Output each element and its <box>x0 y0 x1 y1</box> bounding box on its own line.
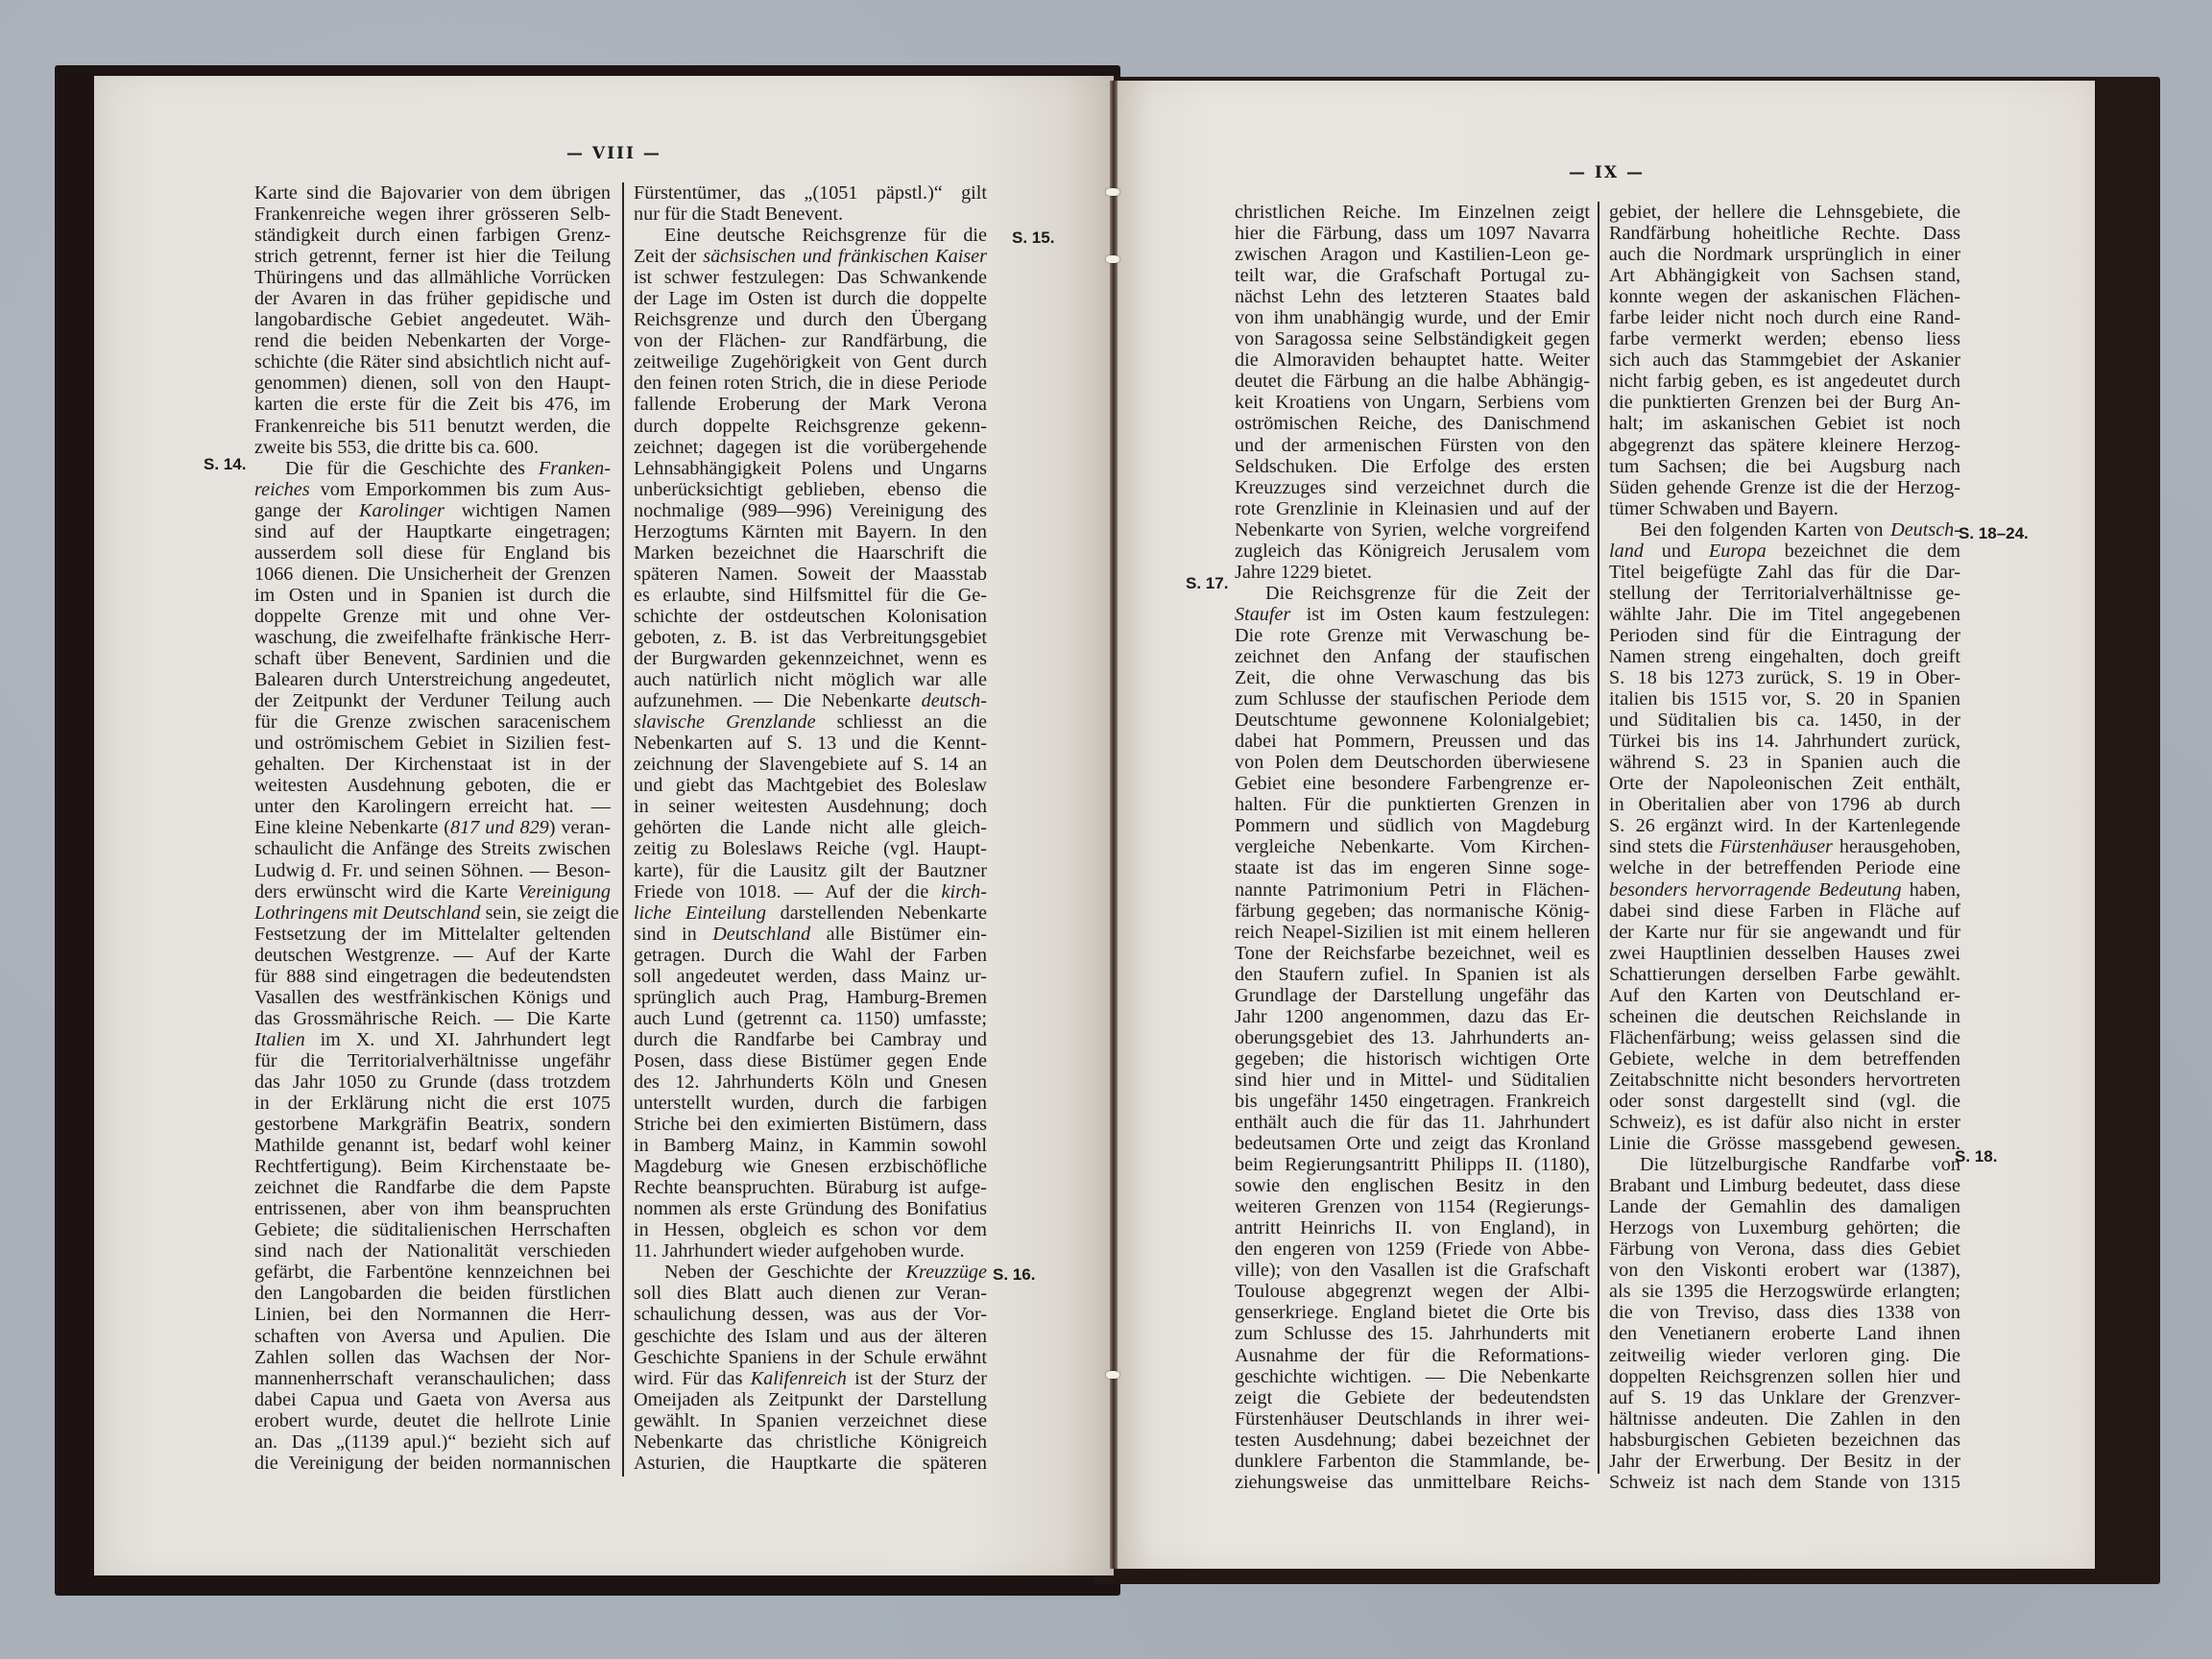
text-line: den feinen roten Strich, die in diese Pe… <box>634 373 987 394</box>
text-line: Reichsgrenze und durch den Übergang <box>634 309 987 330</box>
italic-term: Fürstenhäuser <box>1719 836 1833 857</box>
right-page-column-2: gebiet, der hellere die Lehnsgebiete, di… <box>1609 202 1960 1493</box>
section-marker: S. 18–24. <box>1959 524 2029 543</box>
text-line: für die Grenze zwischen saracenischem <box>254 711 611 733</box>
text-line: Tone der Reichsfarbe bezeichnet, weil es <box>1235 943 1590 964</box>
text-line: hältnisse andeuten. Die Zahlen in den <box>1609 1408 1960 1430</box>
text-line: auch die Nordmark ursprünglich in einer <box>1609 244 1960 265</box>
text-line: sind nach der Nationalität verschieden <box>254 1240 611 1262</box>
section-marker: S. 14. <box>204 455 246 474</box>
text-line: schichte der ostdeutschen Kolonisation <box>634 606 987 627</box>
text-line: deutschen Westgrenze. — Auf der Karte <box>254 945 611 966</box>
text-line: Schattierungen derselben Farbe gewählt. <box>1609 964 1960 985</box>
text-line: besonders hervorragende Bedeutung haben, <box>1609 879 1960 901</box>
text-line: Vasallen des westfränkischen Königs und <box>254 987 611 1008</box>
text-line: Die lützelburgische Randfarbe von <box>1609 1154 1960 1175</box>
text-line: halten. Für die punktierten Grenzen in <box>1235 794 1590 815</box>
text-line: es erlaubte, sind Hilfsmittel für die Ge… <box>634 585 987 606</box>
text-line: teilt war, die Grafschaft Portugal zu- <box>1235 265 1590 286</box>
text-line: Zeitabschnitte nicht besonders hervortre… <box>1609 1070 1960 1091</box>
text-line: tümer Schwaben und Bayern. <box>1609 498 1960 519</box>
text-line: doppelten Reichsgrenzen sollen hier und <box>1609 1366 1960 1387</box>
text-line: keit Kroatiens von Ungarn, Serbiens vom <box>1235 392 1590 413</box>
text-line: rote Grenzlinie in Kleinasien und auf de… <box>1235 498 1590 519</box>
italic-term: liche Einteilung <box>634 902 766 924</box>
text-line: Thüringens und das allmähliche Vorrücken <box>254 267 611 288</box>
text-line: gestorbene Markgräfin Beatrix, sondern <box>254 1114 611 1135</box>
text-line: Friede von 1018. — Auf der die kirch- <box>634 881 987 902</box>
text-line: Balearen durch Unterstreichung angedeute… <box>254 669 611 690</box>
text-line: zwischen Aragon und Kastilien-Leon ge- <box>1235 244 1590 265</box>
text-line: unter den Karolingern erreicht hat. — <box>254 796 611 817</box>
text-line: färbung gegeben; das normanische König- <box>1235 901 1590 922</box>
text-line: Bei den folgenden Karten von Deutsch- <box>1609 519 1960 541</box>
text-line: nur für die Stadt Benevent. <box>634 204 987 225</box>
text-line: Neben der Geschichte der Kreuzzüge <box>634 1262 987 1283</box>
italic-term: Kalifenreich <box>751 1368 847 1389</box>
text-line: Omeijaden als Zeitpunkt der Darstellung <box>634 1389 987 1410</box>
text-line: fallende Eroberung der Mark Verona <box>634 394 987 415</box>
text-line: Fürstenhäuser Deutschlands in ihrer wei- <box>1235 1408 1590 1430</box>
text-line: soll angedeutet werden, dass Mainz ur- <box>634 966 987 987</box>
text-line: schichte (die Räter sind absichtlich nic… <box>254 351 611 373</box>
text-line: von den Viskonti erobert war (1387), <box>1609 1260 1960 1281</box>
italic-term: Staufer <box>1235 604 1290 625</box>
italic-term: Deutsch- <box>1890 519 1960 541</box>
text-line: soll dies Blatt auch dienen zur Veran- <box>634 1283 987 1304</box>
column-rule-right <box>1598 202 1599 1474</box>
text-line: Namen streng eingehalten, doch greift <box>1609 646 1960 667</box>
text-line: Orte der Napoleonischen Zeit enthält, <box>1609 773 1960 794</box>
italic-term: Franken- <box>539 458 611 479</box>
italic-term: deutsch- <box>922 690 987 711</box>
text-line: mannenherrschaft veranschaulichen; dass <box>254 1368 611 1389</box>
text-line: testen Ausdehnung; dabei bezeichnet der <box>1235 1430 1590 1451</box>
text-line: Asturien, die Hauptkarte die späteren <box>634 1453 987 1474</box>
italic-term: Kreuzzüge <box>906 1262 988 1283</box>
section-marker: S. 15. <box>1012 228 1054 248</box>
text-line: geschichte des Islam und aus der älteren <box>634 1326 987 1347</box>
text-line: Nebenkarte das christliche Königreich <box>634 1431 987 1453</box>
page-number-left: — VIII — <box>566 144 661 163</box>
binding-stitch <box>1106 1371 1119 1379</box>
text-line: hier die Färbung, dass um 1097 Navarra <box>1235 223 1590 244</box>
text-line: aufzunehmen. — Die Nebenkarte deutsch- <box>634 690 987 711</box>
book-gutter <box>1110 81 1118 1569</box>
text-line: nächst Lehn des letzteren Staates bald <box>1235 286 1590 307</box>
text-line: von der Flächen- zur Randfärbung, die <box>634 330 987 351</box>
text-line: in Hessen, obgleich es schon vor dem <box>634 1219 987 1240</box>
italic-term: besonders hervorragende Bedeutung <box>1609 879 1902 901</box>
text-line: entrissenen, aber von ihm beanspruchten <box>254 1198 611 1219</box>
text-line: den Staufern zufiel. In Spanien ist als <box>1235 964 1590 985</box>
text-line: Schweiz), es ist dafür also nicht in ers… <box>1609 1112 1960 1133</box>
text-line: Jahr 1200 angenommen, dazu das Er- <box>1235 1006 1590 1027</box>
text-line: S. 18 bis 1273 zurück, S. 19 in Ober- <box>1609 667 1960 688</box>
text-line: die punktierten Grenzen bei der Burg An- <box>1609 392 1960 413</box>
right-page-column-1: christlichen Reiche. Im Einzelnen zeigth… <box>1235 202 1590 1493</box>
text-line: unterstellt wurden, durch die farbigen <box>634 1093 987 1114</box>
text-line: Marken bezeichnet die Haarschrift die <box>634 542 987 564</box>
text-line: sind in Deutschland alle Bistümer ein- <box>634 924 987 945</box>
text-line: Die für die Geschichte des Franken- <box>254 458 611 479</box>
text-line: oberungsgebiet des 13. Jahrhunderts an- <box>1235 1027 1590 1048</box>
text-line: scheinen die deutschen Reichslande in <box>1609 1006 1960 1027</box>
text-line: Die Reichsgrenze für die Zeit der <box>1235 583 1590 604</box>
text-line: nochmalige (989—996) Vereinigung des <box>634 500 987 521</box>
text-line: Toulouse abgegrenzt wegen der Albi- <box>1235 1281 1590 1302</box>
text-line: Lehnsabhängigkeit Polens und Ungarns <box>634 458 987 479</box>
text-line: Flächenfärbung; weiss gelassen sind die <box>1609 1027 1960 1048</box>
text-line: dabei Capua und Gaeta von Aversa aus <box>254 1389 611 1410</box>
text-line: waschung, die zweifelhafte fränkische He… <box>254 627 611 648</box>
text-line: Zeit der sächsischen und fränkischen Kai… <box>634 246 987 267</box>
text-line: Jahre 1229 bietet. <box>1235 562 1590 583</box>
text-line: in Bamberg Mainz, in Kammin sowohl <box>634 1135 987 1156</box>
text-line: Randfärbung hoheitliche Rechte. Dass <box>1609 223 1960 244</box>
text-line: ständigkeit durch einen farbigen Grenz- <box>254 225 611 246</box>
text-line: konnte wegen der askanischen Flächen- <box>1609 286 1960 307</box>
text-line: Färbung von Verona, dass dies Gebiet <box>1609 1238 1960 1260</box>
text-line: Gebiete; die süditalienischen Herrschaft… <box>254 1219 611 1240</box>
text-line: langobardische Gebiet angedeutet. Wäh- <box>254 309 611 330</box>
text-line: gefärbt, die Farbentöne kennzeichnen bei <box>254 1262 611 1283</box>
text-line: Türkei bis ins 14. Jahrhundert zurück, <box>1609 731 1960 752</box>
text-line: Geschichte Spaniens in der Schule erwähn… <box>634 1347 987 1368</box>
text-line: karte), für die Lausitz gilt der Bautzne… <box>634 860 987 881</box>
text-line: durch doppelte Reichsgrenze gekenn- <box>634 416 987 437</box>
text-line: in der Erklärung nicht die erst 1075 <box>254 1093 611 1114</box>
text-line: Seldschuken. Die Erfolge des ersten <box>1235 456 1590 477</box>
text-line: S. 26 ergänzt wird. In der Kartenlegende <box>1609 815 1960 836</box>
text-line: Eine deutsche Reichsgrenze für die <box>634 225 987 246</box>
text-line: Ausnahme der für die Reformations- <box>1235 1345 1590 1366</box>
text-line: oder sonst dargestellt sind (vgl. die <box>1609 1091 1960 1112</box>
text-line: und Süditalien bis ca. 1450, in der <box>1609 709 1960 731</box>
text-line: gebiet, der hellere die Lehnsgebiete, di… <box>1609 202 1960 223</box>
text-line: nommen als erste Gründung des Bonifatius <box>634 1198 987 1219</box>
italic-term: land <box>1609 541 1644 562</box>
text-line: von ihm unabhängig wurde, und der Emir <box>1235 307 1590 328</box>
text-line: Zahlen sollen das Wachsen der Nor- <box>254 1347 611 1368</box>
text-line: Nebenkarte von Syrien, welche vorgreifen… <box>1235 519 1590 541</box>
text-line: ville); von den Vasallen ist die Grafsch… <box>1235 1260 1590 1281</box>
italic-term: slavische Grenzlande <box>634 711 816 733</box>
text-line: strich getrennt, ferner ist hier die Tei… <box>254 246 611 267</box>
text-line: Mathilde genannt ist, bedarf wohl keiner <box>254 1135 611 1156</box>
text-line: gewählt. In Spanien verzeichnet diese <box>634 1410 987 1431</box>
text-line: Striche bei den eximierten Bistümern, da… <box>634 1114 987 1135</box>
text-line: halt; im askanischen Gebiet ist noch <box>1609 413 1960 434</box>
italic-term: Deutschland <box>712 924 810 945</box>
text-line: zeigt die Gebiete der bedeutendsten <box>1235 1387 1590 1408</box>
text-line: schaulichung dessen, was aus der Vor- <box>634 1304 987 1325</box>
text-line: sowie den englischen Besitz in den <box>1235 1175 1590 1196</box>
text-line: der Avaren in das früher gepidische und <box>254 288 611 309</box>
text-line: durch die Randfarbe bei Cambray und <box>634 1029 987 1050</box>
text-line: doppelte Grenze mit und ohne Ver- <box>254 606 611 627</box>
text-line: der Lage im Osten ist durch die doppelte <box>634 288 987 309</box>
section-marker: S. 17. <box>1186 574 1228 593</box>
text-line: dabei sind diese Farben in Fläche auf <box>1609 901 1960 922</box>
text-line: der Zeitpunkt der Verduner Teilung auch <box>254 690 611 711</box>
text-line: wählte Jahr. Die im Titel angegebenen <box>1609 604 1960 625</box>
text-line: Nebenkarten auf S. 13 und die Kennt- <box>634 733 987 754</box>
text-line: reich Neapel-Sizilien ist mit einem hell… <box>1235 922 1590 943</box>
text-line: für 888 sind eingetragen die bedeutendst… <box>254 966 611 987</box>
text-line: das Jahr 1050 zu Grunde (dass trotzdem <box>254 1071 611 1093</box>
text-line: in seiner weitesten Ausdehnung; doch <box>634 796 987 817</box>
text-line: Lothringens mit Deutschland sein, sie ze… <box>254 902 611 924</box>
text-line: den engeren von 1259 (Friede von Abbe- <box>1235 1238 1590 1260</box>
text-line: auch natürlich nicht möglich war alle <box>634 669 987 690</box>
text-line: Die rote Grenze mit Verwaschung be- <box>1235 625 1590 646</box>
text-line: zwei Hauptlinien desselben Hauses zwei <box>1609 943 1960 964</box>
text-line: Festsetzung der im Mittelalter geltenden <box>254 924 611 945</box>
text-line: Eine kleine Nebenkarte (817 und 829) ver… <box>254 817 611 838</box>
text-line: nannte Patrimonium Petri in Flächen- <box>1235 879 1590 901</box>
text-line: sich auch das Stammgebiet der Askanier <box>1609 349 1960 371</box>
text-line: das Grossmährische Reich. — Die Karte <box>254 1008 611 1029</box>
text-line: Frankenreiche wegen ihrer grösseren Selb… <box>254 204 611 225</box>
text-line: deutet die Färbung an die halbe Abhängig… <box>1235 371 1590 392</box>
text-line: auf S. 19 das Unklare der Grenzver- <box>1609 1387 1960 1408</box>
text-line: geschichte wichtigen. — Die Nebenkarte <box>1235 1366 1590 1387</box>
text-line: Pommern und südlich von Magdeburg <box>1235 815 1590 836</box>
text-line: gange der Karolinger wichtigen Namen <box>254 500 611 521</box>
text-line: ausserdem soll diese für England bis <box>254 542 611 564</box>
text-line: Zeit, die ohne Verwaschung das bis <box>1235 667 1590 688</box>
text-line: Gebiete, welche in dem betreffenden <box>1609 1048 1960 1070</box>
italic-term: kirch- <box>942 881 987 902</box>
text-line: Herzogs von Luxemburg gehörten; die <box>1609 1217 1960 1238</box>
text-line: 1066 dienen. Die Unsicherheit der Grenze… <box>254 564 611 585</box>
text-line: nicht farbig geben, es ist angedeutet du… <box>1609 371 1960 392</box>
text-line: für die Territorialverhältnisse ungefähr <box>254 1050 611 1071</box>
text-line: Gebiet eine besondere Farbengrenze er- <box>1235 773 1590 794</box>
text-line: land und Europa bezeichnet die dem <box>1609 541 1960 562</box>
text-line: im Osten und in Spanien ist durch die <box>254 585 611 606</box>
text-line: stellung der Territorialverhältnisse ge- <box>1609 583 1960 604</box>
text-line: getragen. Durch die Wahl der Farben <box>634 945 987 966</box>
italic-term: 817 und 829 <box>450 817 549 838</box>
text-line: genommen) dienen, soll von den Haupt- <box>254 373 611 394</box>
text-line: Linie die Grösse massgebend gewesen. <box>1609 1133 1960 1154</box>
text-line: die von Treviso, dass dies 1338 von <box>1609 1302 1960 1323</box>
italic-term: Karolinger <box>359 500 445 521</box>
text-line: Fürstentümer, das „(1051 päpstl.)“ gilt <box>634 182 987 204</box>
text-line: die Almoraviden behauptet hatte. Weiter <box>1235 349 1590 371</box>
text-line: zeichnet den Anfang der staufischen <box>1235 646 1590 667</box>
text-line: in Oberitalien aber von 1796 ab durch <box>1609 794 1960 815</box>
text-line: Auf den Karten von Deutschland er- <box>1609 985 1960 1006</box>
italic-term: Europa <box>1709 541 1767 562</box>
text-line: Linien, bei den Normannen die Herr- <box>254 1304 611 1325</box>
text-line: bedeutsamen Orte und zeigt das Kronland <box>1235 1133 1590 1154</box>
italic-term: sächsischen und fränkischen Kaiser <box>703 246 987 267</box>
text-line: gehörten die Lande nicht alle gleich- <box>634 817 987 838</box>
text-line: gegeben; die historisch wichtigen Orte <box>1235 1048 1590 1070</box>
text-line: Posen, dass diese Bistümer gegen Ende <box>634 1050 987 1071</box>
text-line: zum Schlusse der staufischen Periode dem <box>1235 688 1590 709</box>
text-line: abgegrenzt das spätere kleinere Herzog- <box>1609 435 1960 456</box>
italic-term: reiches <box>254 479 310 500</box>
text-line: Schweiz ist nach dem Stande von 1315 <box>1609 1472 1960 1493</box>
text-line: weiteren Grenzen von 1154 (Regierungs- <box>1235 1196 1590 1217</box>
text-line: Rechtfertigung). Beim Kirchenstaate be- <box>254 1156 611 1177</box>
text-line: erobert wurde, deutet die hellrote Linie <box>254 1410 611 1431</box>
text-line: Kreuzzuges sind verzeichnet durch die <box>1235 477 1590 498</box>
text-line: des 12. Jahrhunderts Köln und Gnesen <box>634 1071 987 1093</box>
text-line: den Langobarden die beiden fürstlichen <box>254 1283 611 1304</box>
text-line: vergleiche Nebenkarte. Vom Kirchen- <box>1235 836 1590 857</box>
text-line: staate ist das im engeren Sinne soge- <box>1235 857 1590 878</box>
text-line: Art Abhängigkeit von Sachsen stand, <box>1609 265 1960 286</box>
text-line: wird. Für das Kalifenreich ist der Sturz… <box>634 1368 987 1389</box>
text-line: die Vereinigung der beiden normannischen <box>254 1453 611 1474</box>
text-line: Jahr der Erwerbung. Der Besitz in der <box>1609 1451 1960 1472</box>
text-line: zeichnet die Randfarbe die dem Papste <box>254 1177 611 1198</box>
text-line: antritt Heinrichs II. von England), in <box>1235 1217 1590 1238</box>
binding-stitch <box>1106 188 1119 196</box>
text-line: beim Regierungsantritt Philipps II. (118… <box>1235 1154 1590 1175</box>
text-line: farbe vermerkt werden; ebenso liess <box>1609 328 1960 349</box>
text-line: slavische Grenzlande schliesst an die <box>634 711 987 733</box>
text-line: auch Lund (getrennt ca. 1150) umfasste; <box>634 1008 987 1029</box>
text-line: an. Das „(1139 apul.)“ bezieht sich auf <box>254 1431 611 1453</box>
text-line: rend die beiden Nebenkarten der Vorge- <box>254 330 611 351</box>
text-line: geboten, z. B. ist das Verbreitungsgebie… <box>634 627 987 648</box>
text-line: italien bis 1515 vor, S. 20 in Spanien <box>1609 688 1960 709</box>
text-line: enthält auch die für das 11. Jahrhundert <box>1235 1112 1590 1133</box>
italic-term: Vereinigung <box>517 881 611 902</box>
text-line: Lande der Gemahlin des damaligen <box>1609 1196 1960 1217</box>
text-line: zum Schlusse des 15. Jahrhunderts mit <box>1235 1323 1590 1344</box>
text-line: unberücksichtigt geblieben, ebenso die <box>634 479 987 500</box>
text-line: liche Einteilung darstellenden Nebenkart… <box>634 902 987 924</box>
text-line: Deutschtume gewonnene Kolonialgebiet; <box>1235 709 1590 731</box>
text-line: ziehungsweise das unmittelbare Reichs- <box>1235 1472 1590 1493</box>
text-line: und der armenischen Fürsten von den <box>1235 435 1590 456</box>
text-line: Magdeburg wie Gnesen erzbischöfliche <box>634 1156 987 1177</box>
text-line: Süden gehende Grenze ist die der Herzog- <box>1609 477 1960 498</box>
section-marker: S. 18. <box>1955 1147 1997 1166</box>
text-line: Rechte beanspruchten. Büraburg ist aufge… <box>634 1177 987 1198</box>
text-line: weitesten Ausdehnung geboten, die er <box>254 775 611 796</box>
left-page-column-1: Karte sind die Bajovarier von dem übrige… <box>254 182 611 1474</box>
text-line: zeitweilige Zugehörigkeit von Gent durch <box>634 351 987 373</box>
section-marker: S. 16. <box>993 1265 1035 1285</box>
text-line: als sie 1395 die Herzogswürde erlangten; <box>1609 1281 1960 1302</box>
text-line: von Saragossa seine Selbständigkeit gege… <box>1235 328 1590 349</box>
text-line: Frankenreiche bis 511 benutzt werden, di… <box>254 416 611 437</box>
text-line: Brabant und Limburg bedeutet, dass diese <box>1609 1175 1960 1196</box>
text-line: dabei hat Pommern, Preussen und das <box>1235 731 1590 752</box>
text-line: und giebt das Machtgebiet des Boleslaw <box>634 775 987 796</box>
text-line: Karte sind die Bajovarier von dem übrige… <box>254 182 611 204</box>
text-line: welche in der betreffenden Periode eine <box>1609 857 1960 878</box>
text-line: schaften von Aversa und Apulien. Die <box>254 1326 611 1347</box>
text-line: karten die erste für die Zeit bis 476, i… <box>254 394 611 415</box>
text-line: zeitweilig wieder verloren ging. Die <box>1609 1345 1960 1366</box>
text-line: zeichnet; dagegen ist die vorübergehende <box>634 437 987 458</box>
text-line: farbe leider nicht noch durch eine Rand- <box>1609 307 1960 328</box>
text-line: der Burgwarden gekennzeichnet, wenn es <box>634 648 987 669</box>
text-line: späteren Namen. Soweit der Maasstab <box>634 564 987 585</box>
text-line: dunklere Farbenton die Stammlande, be- <box>1235 1451 1590 1472</box>
text-line: gehalten. Der Kirchenstaat ist in der <box>254 754 611 775</box>
text-line: genserkriege. England bietet die Orte bi… <box>1235 1302 1590 1323</box>
text-line: von Polen dem Deutschorden überwiesene <box>1235 752 1590 773</box>
text-line: Herzogtums Kärnten mit Bayern. In den <box>634 521 987 542</box>
text-line: reiches vom Emporkommen bis zum Aus- <box>254 479 611 500</box>
text-line: Staufer ist im Osten kaum festzulegen: <box>1235 604 1590 625</box>
text-line: bis ungefähr 1450 eingetragen. Frankreic… <box>1235 1091 1590 1112</box>
text-line: 11. Jahrhundert wieder aufgehoben wurde. <box>634 1240 987 1262</box>
text-line: Ludwig d. Fr. und seinen Söhnen. — Beson… <box>254 860 611 881</box>
italic-term: Italien <box>254 1029 305 1050</box>
binding-stitch <box>1106 255 1119 263</box>
text-line: zeitig zu Boleslaws Reiche (vgl. Haupt- <box>634 838 987 859</box>
italic-term: Lothringens mit Deutschland <box>254 902 481 924</box>
text-line: ders erwünscht wird die Karte Vereinigun… <box>254 881 611 902</box>
text-line: Perioden sind für die Eintragung der <box>1609 625 1960 646</box>
text-line: habsburgischen Gebieten bezeichnen das <box>1609 1430 1960 1451</box>
text-line: ist schwer festzulegen: Das Schwankende <box>634 267 987 288</box>
text-line: Italien im X. und XI. Jahrhundert legt <box>254 1029 611 1050</box>
text-line: und oströmischem Gebiet in Sizilien fest… <box>254 733 611 754</box>
text-line: oströmischen Reiche, des Danischmend <box>1235 413 1590 434</box>
text-line: Grundlage der Darstellung ungefähr das <box>1235 985 1590 1006</box>
page-number-right: — IX — <box>1569 163 1645 182</box>
text-line: Titel beigefügte Zahl das für die Dar- <box>1609 562 1960 583</box>
text-line: den Venetianern eroberte Land ihnen <box>1609 1323 1960 1344</box>
text-line: zeichnung der Slavengebiete auf S. 14 an <box>634 754 987 775</box>
text-line: sind hier und in Mittel- und Süditalien <box>1235 1070 1590 1091</box>
text-line: der Karte nur für sie angewandt und für <box>1609 922 1960 943</box>
column-rule-left <box>622 182 624 1477</box>
text-line: während S. 23 in Spanien auch die <box>1609 752 1960 773</box>
text-line: zweite bis 553, die dritte bis ca. 600. <box>254 437 611 458</box>
text-line: sind auf der Hauptkarte eingetragen; <box>254 521 611 542</box>
text-line: schaft über Benevent, Sardinien und die <box>254 648 611 669</box>
left-page-column-2: Fürstentümer, das „(1051 päpstl.)“ giltn… <box>634 182 987 1474</box>
text-line: christlichen Reiche. Im Einzelnen zeigt <box>1235 202 1590 223</box>
text-line: sprünglich auch Prag, Hamburg-Bremen <box>634 987 987 1008</box>
text-line: sind stets die Fürstenhäuser herausgehob… <box>1609 836 1960 857</box>
text-line: zugleich das Königreich Jerusalem vom <box>1235 541 1590 562</box>
text-line: schaulicht die Anfänge des Streits zwisc… <box>254 838 611 859</box>
text-line: tum Sachsen; die bei Augsburg nach <box>1609 456 1960 477</box>
